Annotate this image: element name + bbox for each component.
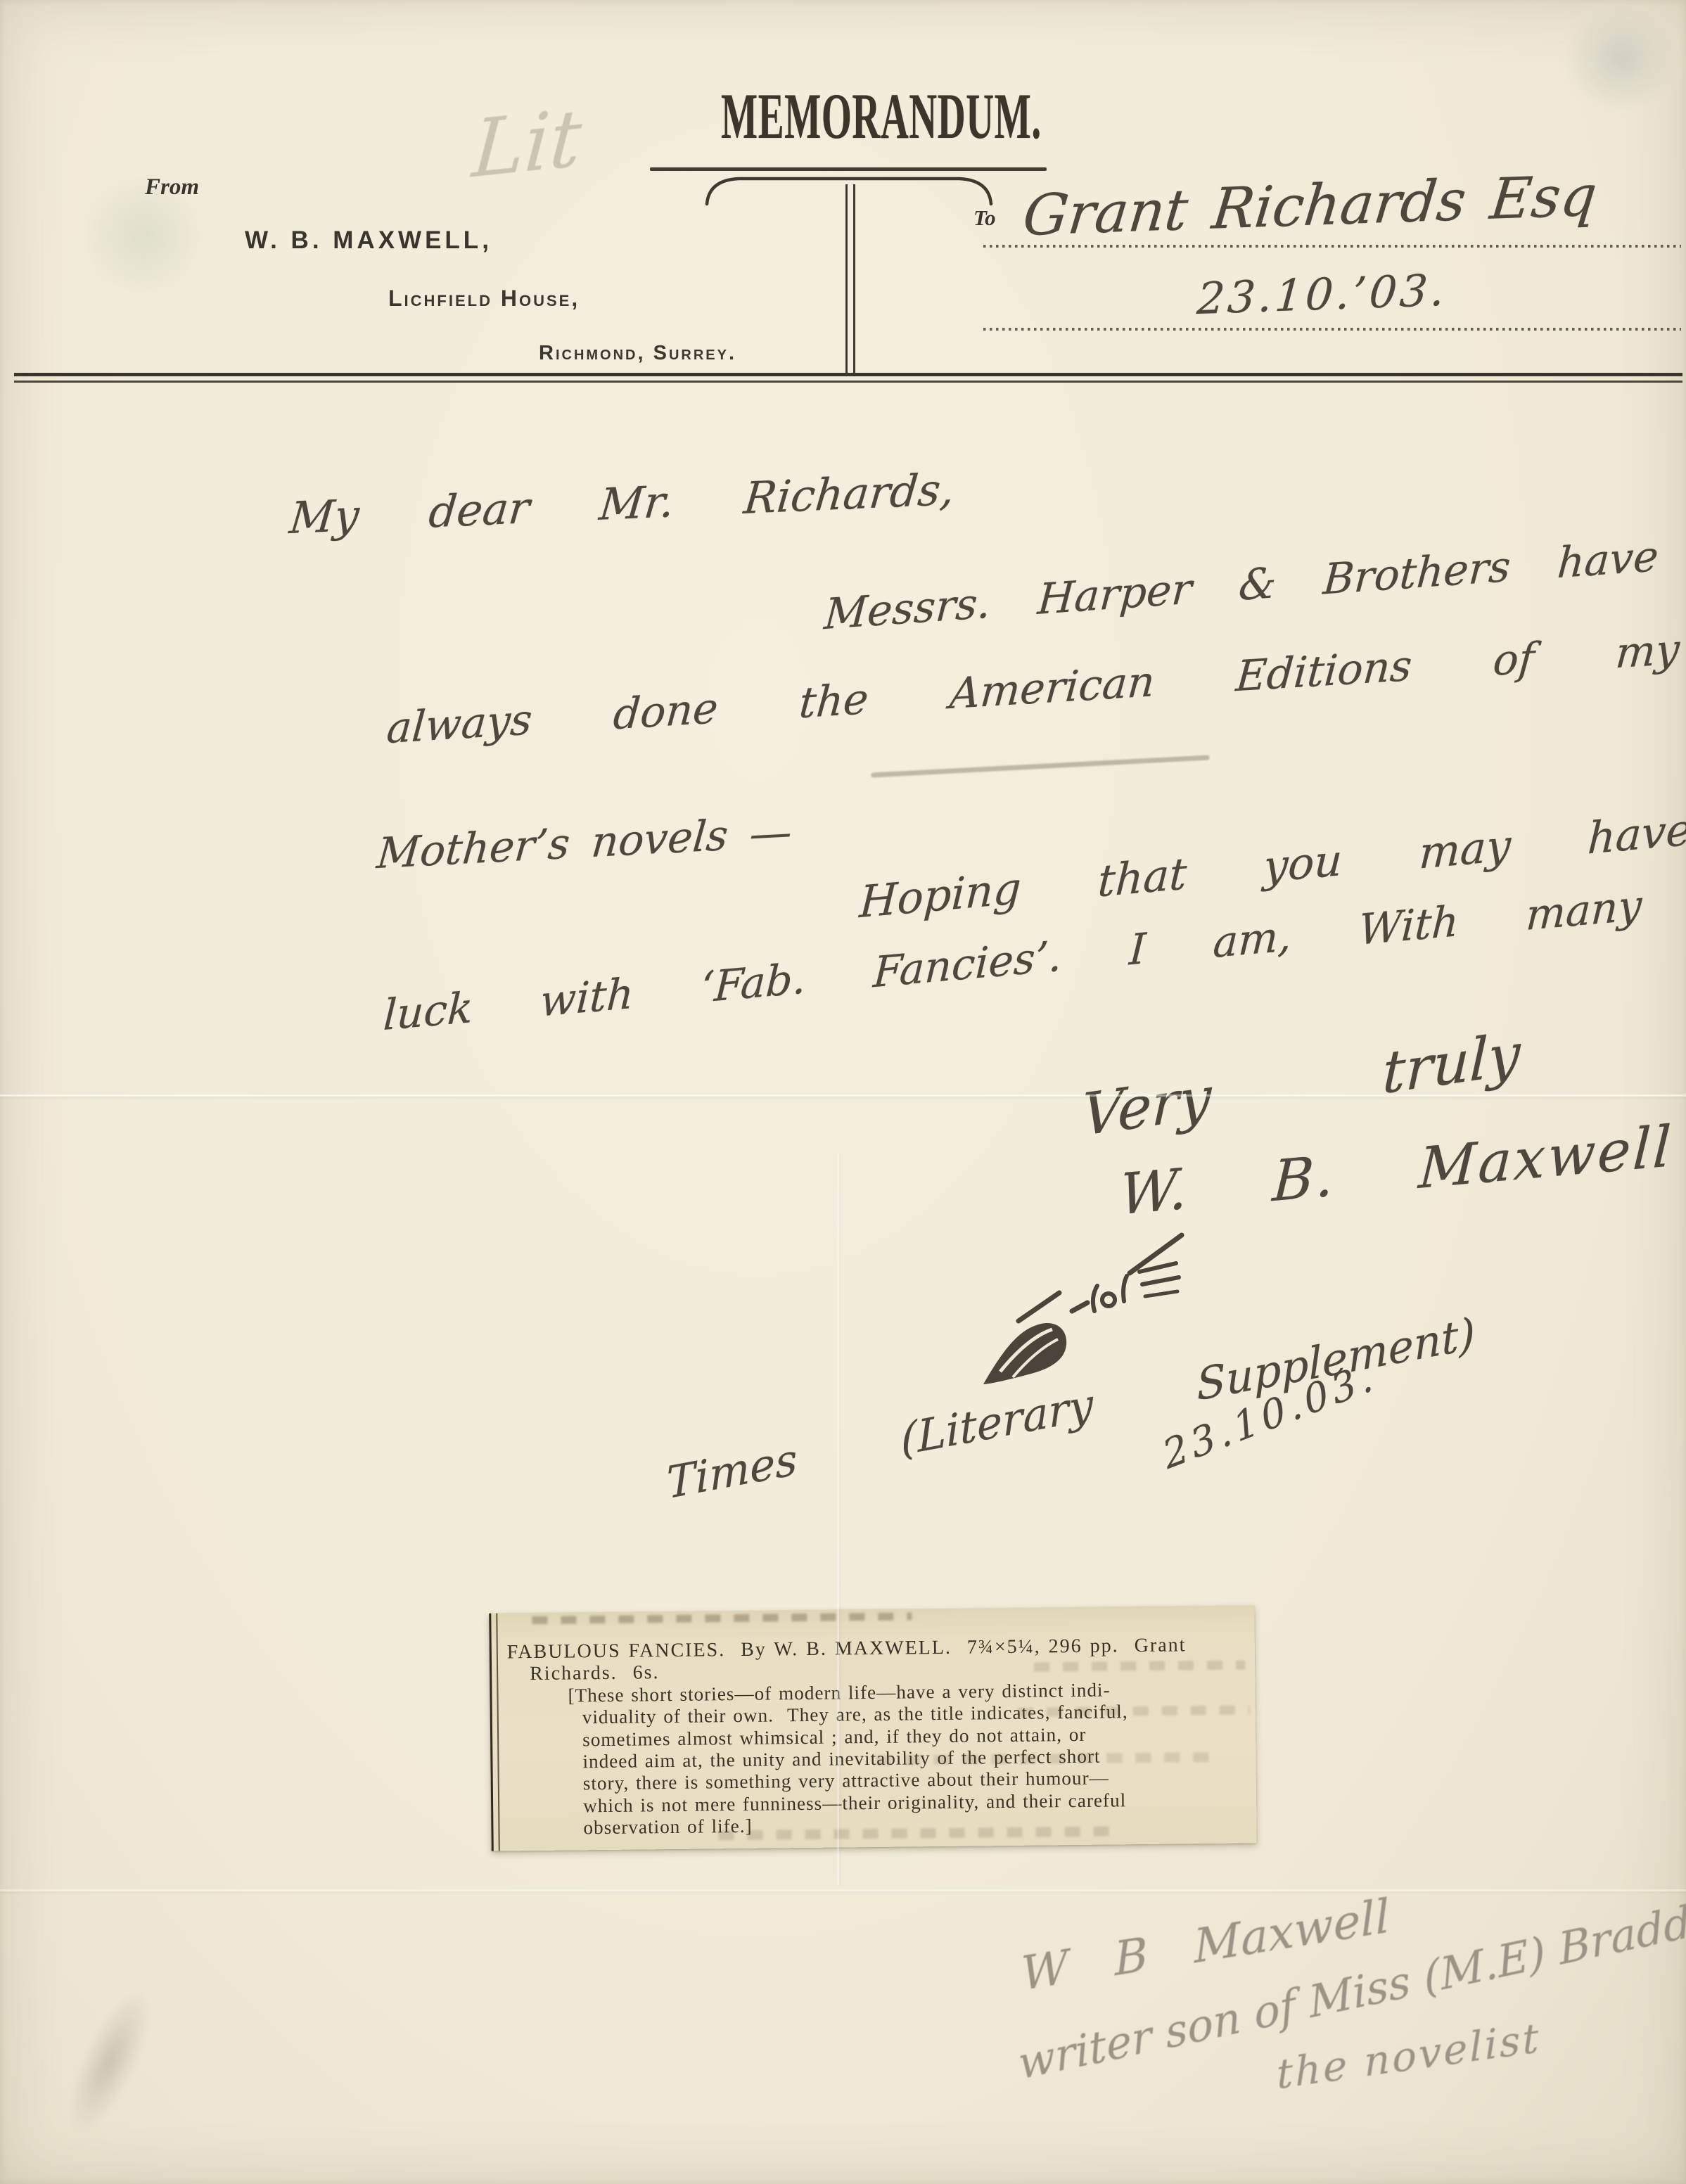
- to-label: To: [973, 205, 996, 231]
- fold-crease-vertical: [837, 1154, 839, 1885]
- letter-salutation: My dear Mr. Richards,: [287, 464, 957, 544]
- clipping-cut-line-bleed: [532, 1612, 912, 1624]
- paper-smudge-top-right: [1565, 6, 1678, 111]
- pencil-underline-american-editions: [871, 755, 1210, 777]
- news-clipping: FABULOUS FANCIES. By W. B. MAXWELL. 7¾×5…: [489, 1605, 1256, 1851]
- pencil-smudge-bottom-left: [53, 1981, 166, 2143]
- memo-date: 23.10.’03.: [1195, 264, 1448, 324]
- to-dotted-line-1: [983, 245, 1681, 248]
- letter-line-3: always done the American Editions of my: [385, 625, 1681, 753]
- fold-crease-horizontal-2: [0, 1889, 1686, 1891]
- letter-line-4: Mother’s novels —: [375, 807, 794, 879]
- letter-closing: Very truly: [1080, 1021, 1521, 1150]
- sender-address-line-2: Richmond, Surrey.: [539, 342, 736, 365]
- memorandum-page: MEMORANDUM. From W. B. MAXWELL, Lichfiel…: [0, 0, 1686, 2184]
- header-divider-line-2: [853, 184, 855, 376]
- pencil-lit-mark: Lit: [469, 92, 585, 196]
- header-bottom-rule-thick: [14, 373, 1682, 376]
- recipient-name: Grant Richards Esq: [1020, 162, 1600, 248]
- header-bracket: [705, 174, 993, 207]
- header-bottom-rule-thin: [14, 381, 1682, 383]
- sender-address-line-1: Lichfield House,: [388, 286, 580, 312]
- letter-line-2: Messrs. Harper & Brothers have: [823, 532, 1661, 639]
- to-dotted-line-2: [983, 328, 1681, 331]
- memo-title: MEMORANDUM.: [721, 79, 974, 153]
- title-rule: [650, 167, 1047, 171]
- fold-crease-horizontal-1: [0, 1094, 1686, 1097]
- sender-name: W. B. MAXWELL,: [245, 226, 492, 255]
- header-divider-line: [845, 184, 848, 376]
- paper-stain-left: [83, 174, 206, 298]
